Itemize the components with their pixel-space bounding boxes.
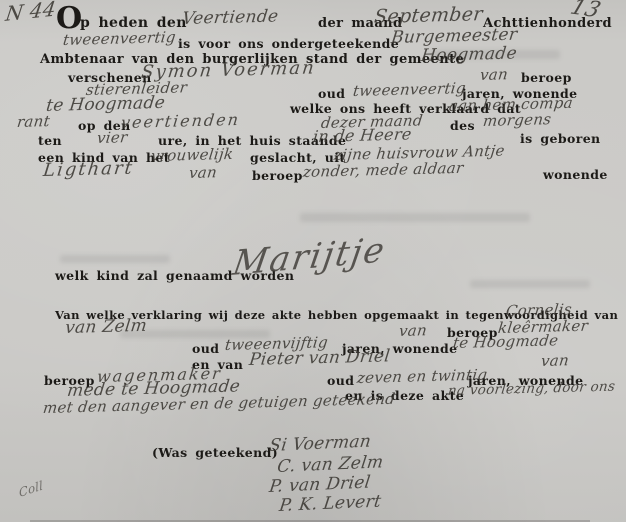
signature-declarant: Si Voerman <box>268 431 372 456</box>
scanned-birth-certificate: N 44 13 Coll O p heden den Veertiende de… <box>0 0 626 522</box>
printed-text: oud <box>192 341 219 356</box>
act-number: N 44 <box>4 0 58 26</box>
bleedthrough-smudge <box>470 280 590 288</box>
handwritten-mother-name: Ligthart <box>42 158 135 181</box>
printed-text: beroep <box>252 168 303 183</box>
bleedthrough-smudge <box>300 213 530 222</box>
printed-text: ten <box>38 133 62 148</box>
printed-text: oud <box>327 373 354 388</box>
handwritten-birth-day: veertienden <box>120 110 241 132</box>
handwritten-birth-hour: vier <box>96 128 129 147</box>
handwritten-text: na voorlezing, door ons <box>447 379 616 399</box>
handwritten-witness2-name: Pieter van Driel <box>248 346 391 370</box>
handwritten-municipality: Hoogmade <box>420 43 518 66</box>
printed-text: is geboren <box>520 131 601 146</box>
printed-text: is voor ons ondergeteekende <box>178 36 399 51</box>
was-geteekend-label: (Was geteekend) <box>152 445 278 460</box>
handwritten-van: van <box>188 163 218 182</box>
printed-text: des <box>450 118 475 133</box>
bleedthrough-smudge <box>60 255 170 263</box>
handwritten-month: September <box>373 3 484 28</box>
printed-text: beroep <box>521 70 572 85</box>
printed-text: wonende <box>543 167 608 182</box>
handwritten-day: Veertiende <box>181 6 279 29</box>
handwritten-van: van <box>398 321 428 340</box>
drop-cap-O: O <box>56 4 82 34</box>
signature-official: P. K. Levert <box>278 491 382 516</box>
handwritten-child-name: Marijtje <box>230 230 389 284</box>
handwritten-text: zonder, mede aldaar <box>302 159 465 181</box>
handwritten-birth-house: in de Heere <box>312 124 413 146</box>
printed-text: oud <box>318 86 345 101</box>
collation-mark: Coll <box>18 478 44 500</box>
handwritten-year: tweeenveertig <box>62 28 177 49</box>
handwritten-witness1-surname: van Zelm <box>64 316 148 338</box>
handwritten-text: rant <box>16 112 51 131</box>
handwritten-gender: vrouwelijk <box>150 145 234 165</box>
handwritten-van: van <box>479 65 509 84</box>
handwritten-van: van <box>540 351 570 370</box>
handwritten-text: morgens <box>482 110 552 130</box>
handwritten-witness1-residence: te Hoogmade <box>452 331 559 352</box>
